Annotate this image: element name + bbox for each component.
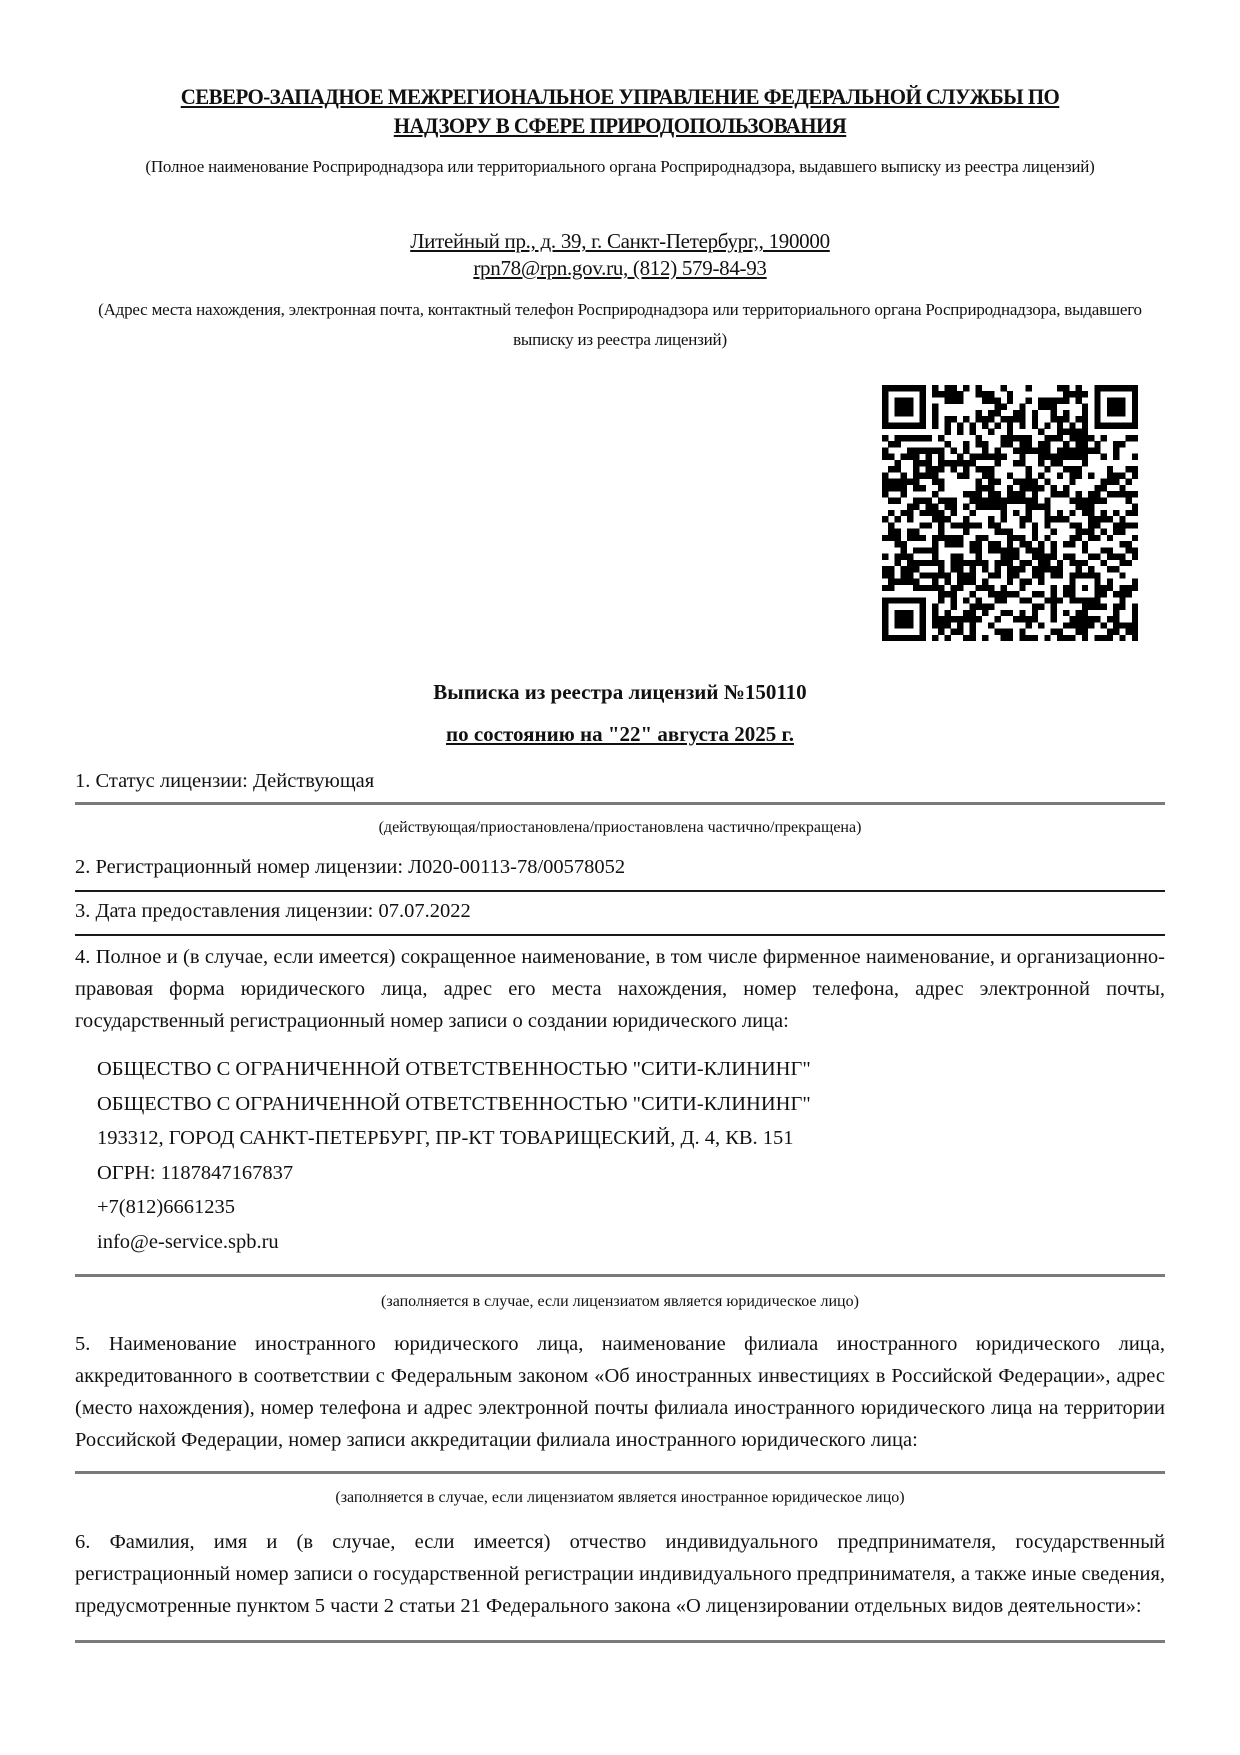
legal-entity-details: ОБЩЕСТВО С ОГРАНИЧЕННОЙ ОТВЕТСТВЕННОСТЬЮ…	[97, 1052, 1157, 1259]
license-reg-number: 2. Регистрационный номер лицензии: Л020-…	[75, 851, 1165, 883]
authority-name: СЕВЕРО-ЗАПАДНОЕ МЕЖРЕГИОНАЛЬНОЕ УПРАВЛЕН…	[43, 82, 1196, 140]
authority-name-line: СЕВЕРО-ЗАПАДНОЕ МЕЖРЕГИОНАЛЬНОЕ УПРАВЛЕН…	[43, 82, 1196, 111]
foreign-entity-hint: (заполняется в случае, если лицензиатом …	[0, 1489, 1240, 1507]
divider	[75, 1471, 1165, 1474]
divider	[75, 890, 1165, 892]
legal-entity-email: info@e-service.spb.ru	[97, 1225, 1157, 1260]
legal-entity-phone: +7(812)6661235	[97, 1190, 1157, 1225]
license-status: 1. Статус лицензии: Действующая	[75, 765, 1165, 797]
license-status-hint: (действующая/приостановлена/приостановле…	[0, 819, 1240, 837]
divider	[75, 934, 1165, 936]
legal-entity-address: 193312, ГОРОД САНКТ-ПЕТЕРБУРГ, ПР-КТ ТОВ…	[97, 1121, 1157, 1156]
legal-entity-short-name: ОБЩЕСТВО С ОГРАНИЧЕННОЙ ОТВЕТСТВЕННОСТЬЮ…	[97, 1087, 1157, 1122]
individual-entrepreneur-label: 6. Фамилия, имя и (в случае, если имеетс…	[75, 1526, 1165, 1622]
document-as-of-date: по состоянию на "22" августа 2025 г.	[0, 722, 1240, 747]
authority-contacts-line: rpn78@rpn.gov.ru, (812) 579-84-93	[0, 255, 1240, 282]
divider	[75, 802, 1165, 805]
legal-entity-hint: (заполняется в случае, если лицензиатом …	[0, 1293, 1240, 1311]
authority-name-line: НАДЗОРУ В СФЕРЕ ПРИРОДОПОЛЬЗОВАНИЯ	[43, 111, 1196, 140]
legal-entity-label: 4. Полное и (в случае, если имеется) сок…	[75, 941, 1165, 1037]
legal-entity-ogrn: ОГРН: 1187847167837	[97, 1156, 1157, 1191]
divider	[75, 1274, 1165, 1277]
authority-address: Литейный пр., д. 39, г. Санкт-Петербург,…	[0, 228, 1240, 282]
legal-entity-full-name: ОБЩЕСТВО С ОГРАНИЧЕННОЙ ОТВЕТСТВЕННОСТЬЮ…	[97, 1052, 1157, 1087]
authority-address-line: Литейный пр., д. 39, г. Санкт-Петербург,…	[0, 228, 1240, 255]
license-issue-date: 3. Дата предоставления лицензии: 07.07.2…	[75, 895, 1165, 927]
divider	[75, 1640, 1165, 1643]
authority-address-note: (Адрес места нахождения, электронная поч…	[75, 295, 1165, 355]
foreign-entity-label: 5. Наименование иностранного юридическог…	[75, 1328, 1165, 1456]
authority-name-note: (Полное наименование Росприроднадзора ил…	[95, 152, 1145, 182]
document-title: Выписка из реестра лицензий №150110	[0, 680, 1240, 705]
qr-code-icon	[882, 384, 1138, 642]
